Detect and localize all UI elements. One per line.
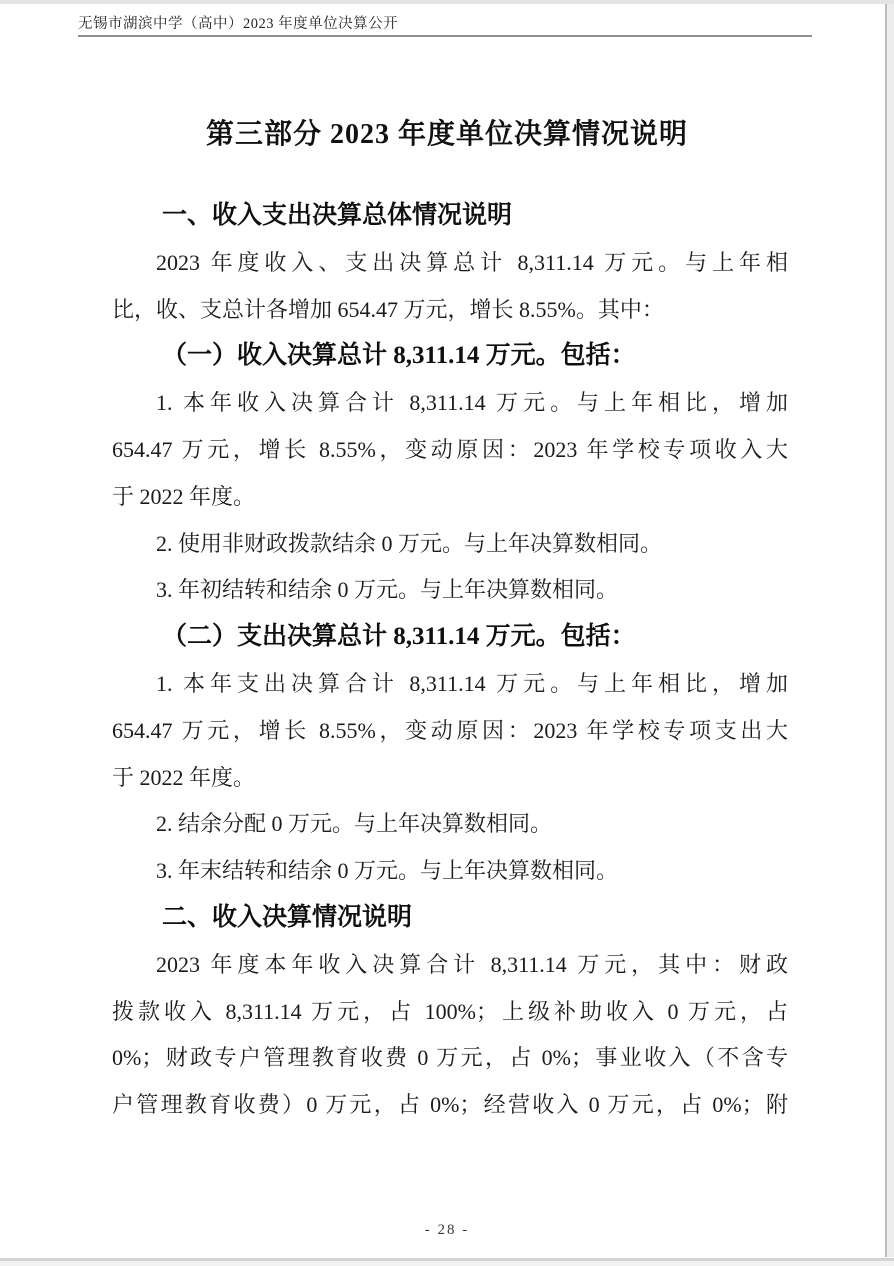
page-edge-top <box>0 0 894 4</box>
paragraph-line: 0%；财政专户管理教育收费 0 万元，占 0%；事业收入（不含专 <box>112 1035 788 1082</box>
paragraph-line: 于 2022 年度。 <box>112 474 788 521</box>
paragraph-line: 1. 本年支出决算合计 8,311.14 万元。与上年相比，增加 <box>112 661 788 708</box>
document-title: 第三部分 2023 年度单位决算情况说明 <box>0 112 894 152</box>
paragraph-line: 1. 本年收入决算合计 8,311.14 万元。与上年相比，增加 <box>112 380 788 427</box>
paragraph-line: 户管理教育收费）0 万元，占 0%；经营收入 0 万元，占 0%；附 <box>112 1082 788 1129</box>
paragraph-line: 比，收、支总计各增加 654.47 万元，增长 8.55%。其中： <box>112 287 788 334</box>
list-item-line: 2. 使用非财政拨款结余 0 万元。与上年决算数相同。 <box>112 521 788 568</box>
list-item-line: 2. 结余分配 0 万元。与上年决算数相同。 <box>112 801 788 848</box>
page-edge-bottom <box>0 1261 894 1266</box>
document-body: 一、收入支出决算总体情况说明 2023 年度收入、支出决算总计 8,311.14… <box>112 193 788 1129</box>
document-page: 无锡市湖滨中学（高中）2023 年度单位决算公开 第三部分 2023 年度单位决… <box>0 0 894 1266</box>
running-header-text: 无锡市湖滨中学（高中）2023 年度单位决算公开 <box>78 12 398 33</box>
list-item-line: 3. 年初结转和结余 0 万元。与上年决算数相同。 <box>112 567 788 614</box>
paragraph-line: 654.47 万元，增长 8.55%，变动原因：2023 年学校专项收入大 <box>112 427 788 474</box>
paragraph-line: 2023 年度本年收入决算合计 8,311.14 万元，其中：财政 <box>112 942 788 989</box>
paragraph-line: 2023 年度收入、支出决算总计 8,311.14 万元。与上年相 <box>112 240 788 287</box>
section-heading-1: 一、收入支出决算总体情况说明 <box>112 193 788 240</box>
paragraph-line: 于 2022 年度。 <box>112 755 788 802</box>
page-edge-right-line <box>885 4 887 1257</box>
section-heading-2: 二、收入决算情况说明 <box>112 895 788 942</box>
paragraph-line: 654.47 万元，增长 8.55%，变动原因：2023 年学校专项支出大 <box>112 708 788 755</box>
list-item-line: 3. 年末结转和结余 0 万元。与上年决算数相同。 <box>112 848 788 895</box>
running-header-rule <box>78 35 812 37</box>
page-edge-right <box>887 4 894 1257</box>
page-number: - 28 - <box>0 1222 894 1239</box>
paragraph-line: 拨款收入 8,311.14 万元，占 100%；上级补助收入 0 万元，占 <box>112 989 788 1036</box>
subsection-heading-1-2: （二）支出决算总计 8,311.14 万元。包括： <box>112 614 788 661</box>
subsection-heading-1-1: （一）收入决算总计 8,311.14 万元。包括： <box>112 333 788 380</box>
